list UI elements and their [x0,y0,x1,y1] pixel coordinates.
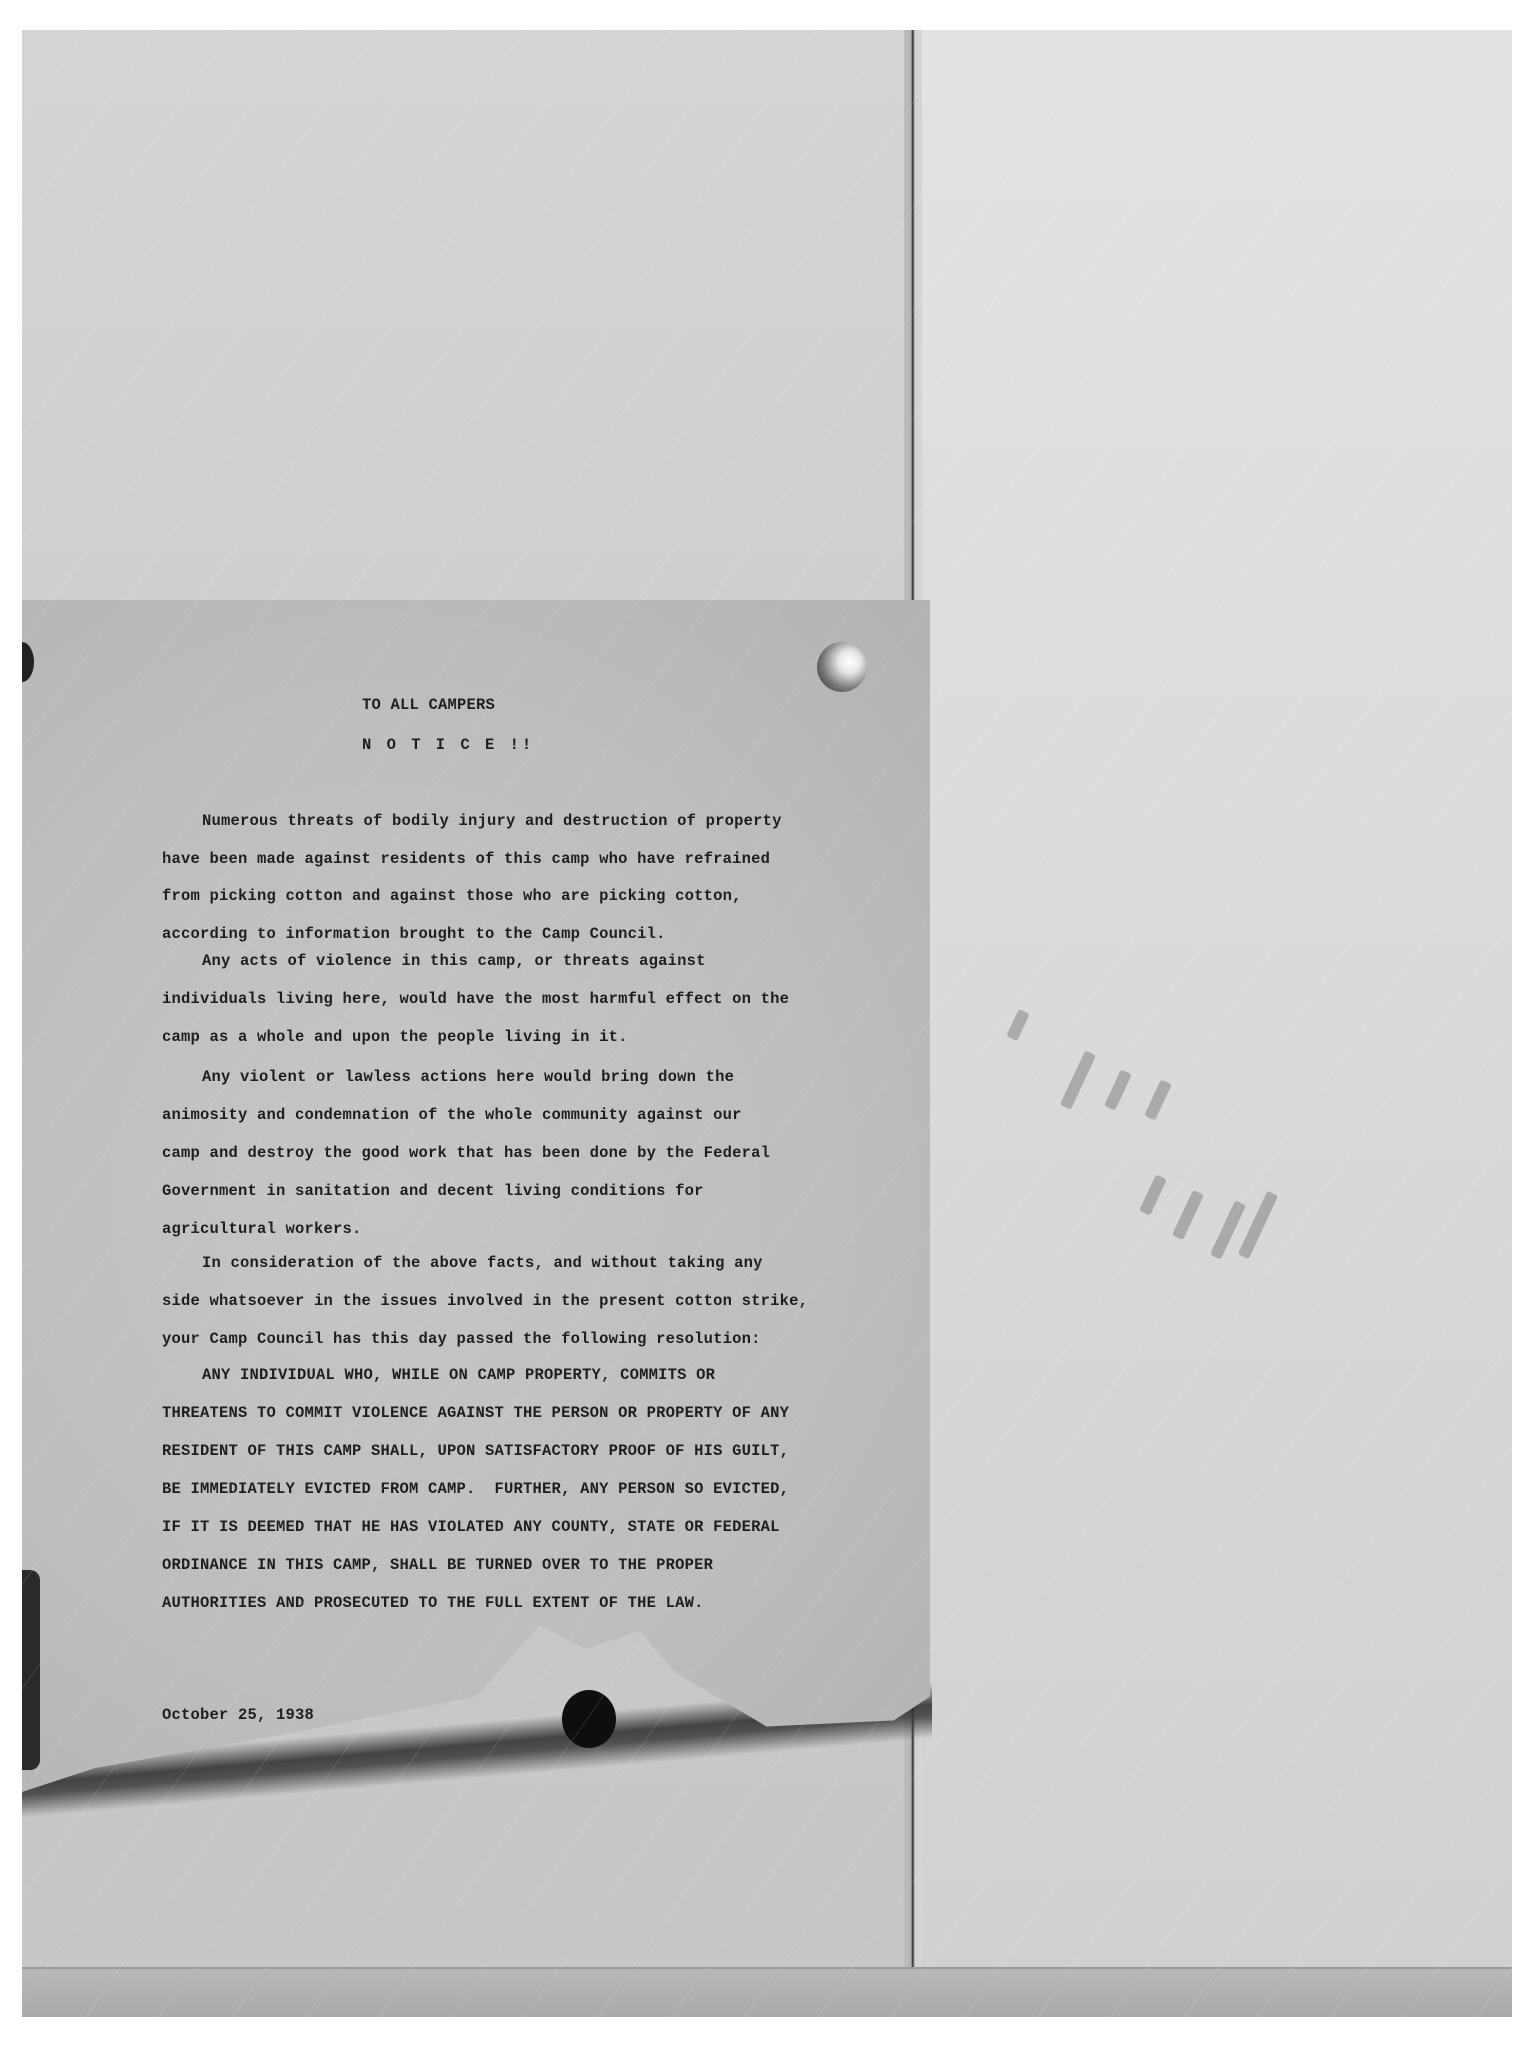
baseboard [22,1967,1512,2017]
notice-line: Numerous threats of bodily injury and de… [202,812,782,830]
faded-stamp-impression [982,990,1282,1290]
notice-line: camp as a whole and upon the people livi… [162,1028,628,1046]
notice-line: individuals living here, would have the … [162,990,789,1008]
paper-curl [22,1570,40,1770]
notice-line: In consideration of the above facts, and… [202,1254,763,1272]
notice-line: Government in sanitation and decent livi… [162,1182,704,1200]
notice-line: ORDINANCE IN THIS CAMP, SHALL BE TURNED … [162,1556,713,1574]
notice-line: animosity and condemnation of the whole … [162,1106,742,1124]
notice-line: have been made against residents of this… [162,850,770,868]
notice-line: agricultural workers. [162,1220,362,1238]
notice-line: your Camp Council has this day passed th… [162,1330,761,1348]
notice-line: RESIDENT OF THIS CAMP SHALL, UPON SATISF… [162,1442,789,1460]
notice-line: IF IT IS DEEMED THAT HE HAS VIOLATED ANY… [162,1518,780,1536]
notice-heading: N O T I C E !! [362,736,534,754]
notice-line: camp and destroy the good work that has … [162,1144,770,1162]
notice-line: according to information brought to the … [162,925,666,943]
photograph: TO ALL CAMPERS N O T I C E !! Numerous t… [22,30,1512,2017]
notice-line: ANY INDIVIDUAL WHO, WHILE ON CAMP PROPER… [202,1366,715,1384]
notice-line: Any violent or lawless actions here woul… [202,1068,734,1086]
notice-addressee: TO ALL CAMPERS [362,696,495,714]
notice-line: Any acts of violence in this camp, or th… [202,952,706,970]
notice-line: side whatsoever in the issues involved i… [162,1292,808,1310]
notice-line: from picking cotton and against those wh… [162,887,742,905]
notice-date: October 25, 1938 [162,1706,314,1724]
notice-line: AUTHORITIES AND PROSECUTED TO THE FULL E… [162,1594,704,1612]
tack-hole [562,1690,616,1748]
notice-line: BE IMMEDIATELY EVICTED FROM CAMP. FURTHE… [162,1480,789,1498]
thumbtack-icon [817,642,867,692]
notice-line: THREATENS TO COMMIT VIOLENCE AGAINST THE… [162,1404,789,1422]
